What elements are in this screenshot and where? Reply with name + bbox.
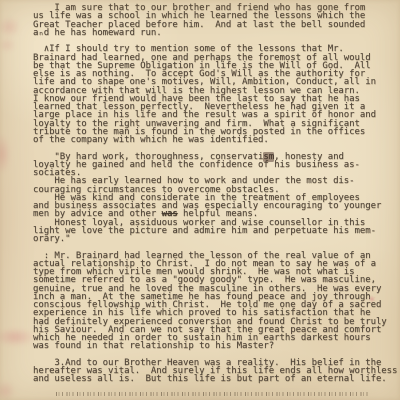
clipped-bottom-text-line <box>56 392 368 396</box>
screenshot-viewport: I am sure that to our brother and friend… <box>0 0 400 400</box>
typewritten-lines: I am sure that to our brother and friend… <box>33 4 399 384</box>
text-line: was found in that relationship to his Ma… <box>33 342 399 350</box>
pink-stain-bottom-left <box>0 376 20 400</box>
text-line: of the company with which he was identif… <box>33 136 399 144</box>
pink-stain-top-left <box>0 12 26 42</box>
pink-stain-left-middle <box>0 126 14 182</box>
text-line: loyalty he gained and held the confidenc… <box>33 161 399 169</box>
pink-stain-top-left-2 <box>0 34 20 56</box>
margin-asterisk-mark: * <box>366 297 378 309</box>
text-line: and useless all is. But this life is but… <box>33 375 399 383</box>
scanned-document-page: I am sure that to our brother and friend… <box>0 0 400 400</box>
text-line: orary." <box>33 235 399 243</box>
text-line: light we love the picture and admire him… <box>33 227 399 235</box>
